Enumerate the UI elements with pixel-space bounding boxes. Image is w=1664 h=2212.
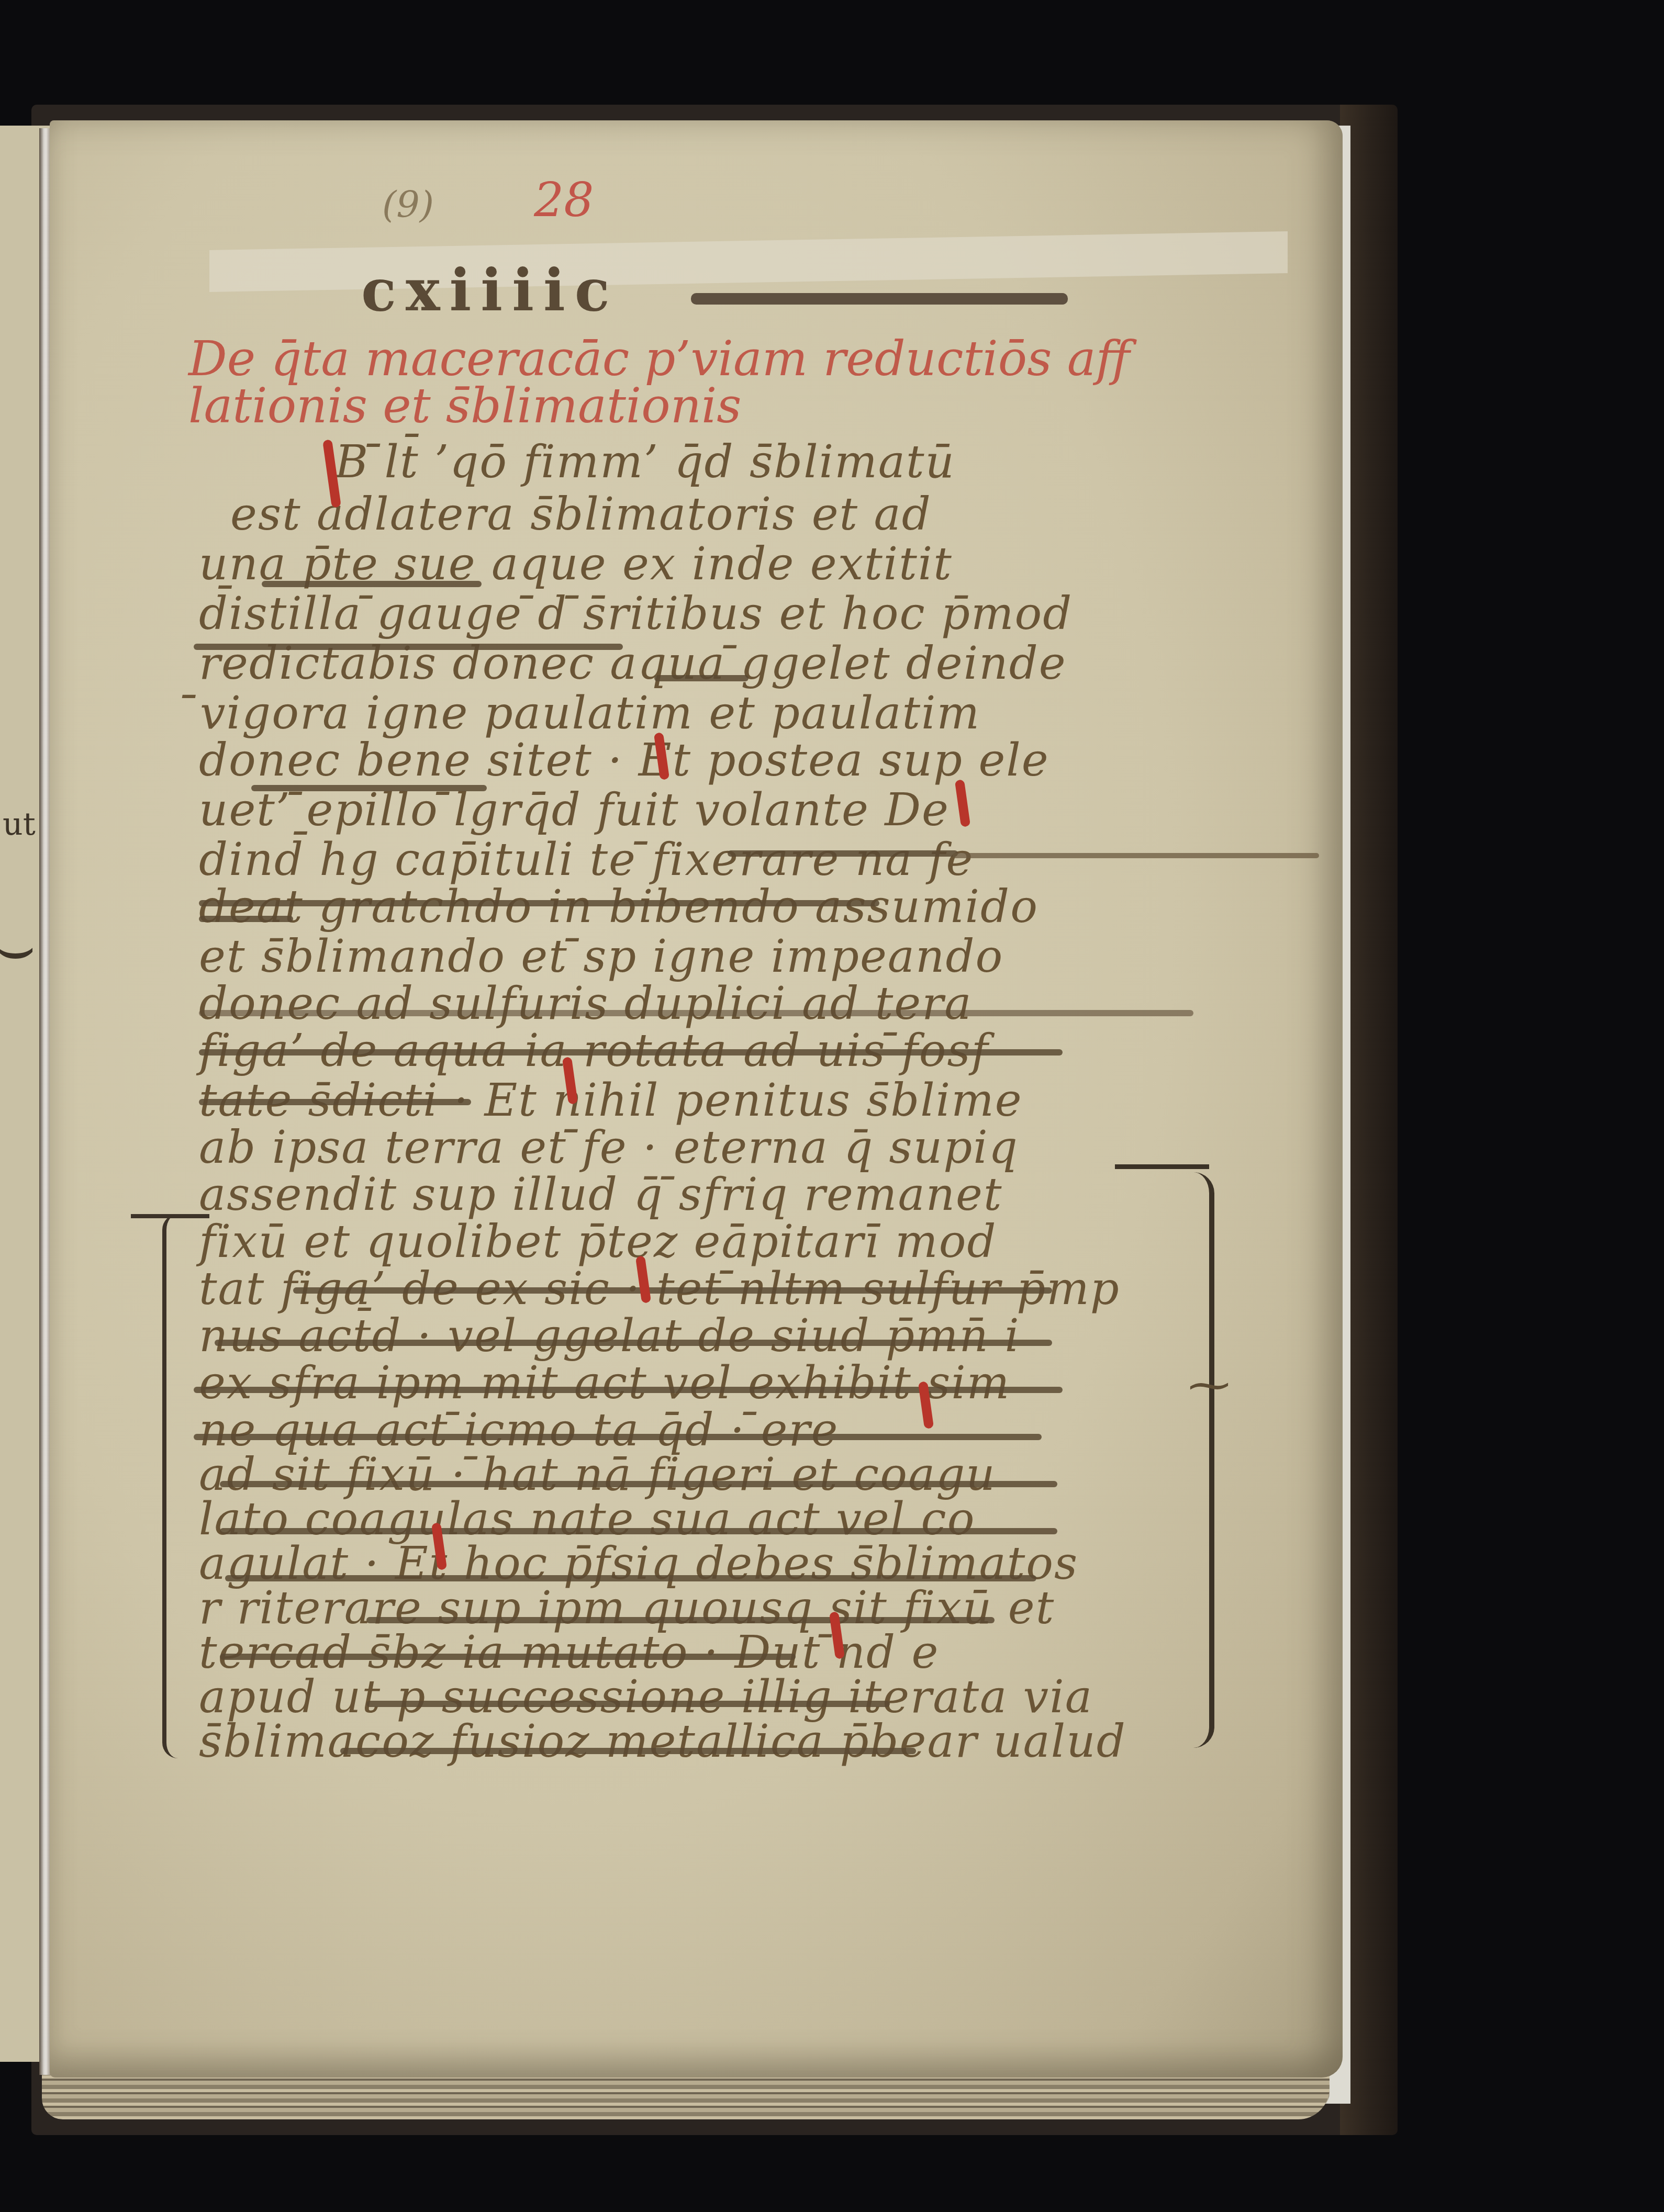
text-line: ne qua act ̄icmo ta q̄d · ̄ere xyxy=(199,1408,839,1453)
underline xyxy=(215,1340,1052,1346)
text-line: deat gratchdo in bibendo assumido xyxy=(199,884,1038,929)
text-line: s̄blimacoz fusioz metallica p̄bear ualud xyxy=(199,1719,1126,1764)
text-line: una p̄te sue aque ex inde extitit xyxy=(199,542,953,587)
underline xyxy=(220,1528,1057,1534)
underline xyxy=(251,785,487,791)
margin-line xyxy=(953,853,1319,858)
photo-background: ut ⌣ (9) 28 cxiiiic De q̄ta maceracāc p’… xyxy=(0,0,1664,2212)
running-head-flourish xyxy=(691,293,1068,305)
underline xyxy=(199,916,293,922)
text-line: donec bene sitet · Et postea sup ele xyxy=(199,738,1049,783)
text-line: lato coagulas nate sua act vel co xyxy=(199,1497,976,1542)
folio-number: 28 xyxy=(534,173,594,228)
text-line: donec ad sulfuris duplici ad tera xyxy=(199,981,973,1026)
text-line: ad sit fixū · ̄hat nā figeri et coagu xyxy=(199,1452,996,1497)
underline xyxy=(194,1434,1042,1440)
underline xyxy=(199,900,879,906)
running-head: cxiiiic xyxy=(361,256,619,324)
text-line: dind̄ hg cap̄ituli te ̄fixerare na fe xyxy=(199,837,974,882)
underline xyxy=(199,1049,1063,1056)
left-page-mark: ut xyxy=(3,806,36,843)
gutter xyxy=(39,128,51,2075)
text-line: ̄vigora igne paulatim et paulatim xyxy=(199,691,980,736)
underline xyxy=(220,1481,1057,1487)
text-line: B ̄lt̄ ’qō fimm’ q̄d s̄blimatū xyxy=(335,440,955,485)
pencil-mark: (9) xyxy=(382,183,434,226)
text-line: fixū et quolibet p̄tez eāpitarī mod xyxy=(199,1219,997,1264)
underline xyxy=(728,850,958,857)
text-line: ab ipsa terra et ̄fe · eterna q̄ supiq xyxy=(199,1125,1019,1170)
text-line: et s̄blimando et ̄sp igne impeando xyxy=(199,934,1003,979)
text-line: uet’ ̄epillo ̄lgrq̄d fuit volante De xyxy=(199,788,950,833)
text-line: nus act̄d · vel ggelat de siud p̄mn̄ i xyxy=(199,1313,1020,1358)
underline xyxy=(262,581,482,587)
underline xyxy=(340,1748,916,1754)
underline xyxy=(225,1575,1036,1581)
right-margin-bracket xyxy=(1188,1172,1214,1748)
text-line: r riterare sup ipm quousq sit fixū et xyxy=(199,1586,1055,1631)
left-page-curve: ⌣ xyxy=(0,911,36,984)
rubric-line-1: De q̄ta maceracāc p’viam reductiōs aff xyxy=(188,335,1078,383)
rubric-line-2: lationis et s̄blimationis xyxy=(188,382,1078,430)
text-line: tercad s̄bz ia mutato · Dut ̄nd e xyxy=(199,1630,939,1675)
text-line: assendit sup illud q̄ ̄sfriq remanet xyxy=(199,1172,1003,1217)
underline xyxy=(194,644,623,650)
underline xyxy=(366,1617,995,1623)
left-margin-bracket xyxy=(162,1214,182,1758)
margin-scroll-flourish: ⁓ xyxy=(1188,1361,1230,1409)
underline xyxy=(194,1387,1063,1393)
text-line: apud ut p successione illig iterata via xyxy=(199,1675,1093,1720)
underline xyxy=(199,1010,1193,1016)
underline xyxy=(366,1701,890,1707)
underline xyxy=(293,1287,1052,1294)
right-bracket-top xyxy=(1115,1164,1209,1169)
underline xyxy=(654,675,749,681)
text-line: d̄istilla ̄gauge ̄d ̄s̄ritibus et hoc p̄… xyxy=(199,591,1073,636)
underline xyxy=(220,1654,796,1660)
text-line: ex sfra ipm mit act vel exhibit sim xyxy=(199,1361,1010,1406)
underline xyxy=(199,1099,471,1105)
